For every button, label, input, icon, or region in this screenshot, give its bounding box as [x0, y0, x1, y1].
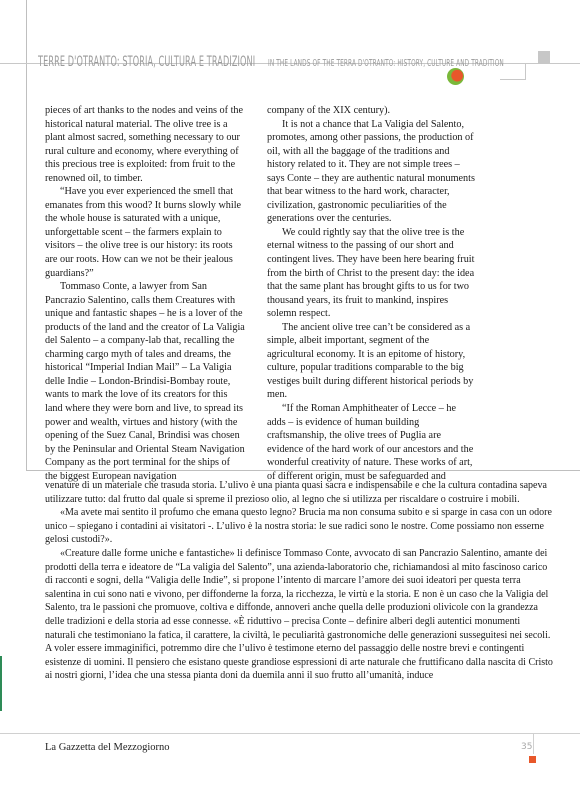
footer-rule: [0, 733, 580, 734]
paragraph: We could rightly say that the olive tree…: [267, 226, 477, 321]
italian-text-block: venature di un materiale che trasuda sto…: [45, 479, 553, 683]
english-column-1: pieces of art thanks to the nodes and ve…: [45, 104, 245, 483]
header-grey-block: [538, 51, 550, 64]
page-marker-line: [533, 734, 534, 754]
paragraph: The ancient olive tree can’t be consider…: [267, 321, 477, 402]
olive-globe-logo-icon: [447, 68, 464, 85]
publication-name: La Gazzetta del Mezzogiorno: [45, 742, 169, 753]
paragraph: «Ma avete mai sentito il profumo che ema…: [45, 506, 553, 547]
paragraph: “Have you ever experienced the smell tha…: [45, 185, 245, 280]
header-title-english: IN THE LANDS OF THE TERRA D'OTRANTO: HIS…: [268, 58, 504, 69]
paragraph: Tommaso Conte, a lawyer from San Pancraz…: [45, 280, 245, 483]
header-bracket-line: [500, 79, 526, 80]
paragraph: venature di un materiale che trasuda sto…: [45, 479, 553, 506]
paragraph: “If the Roman Amphitheater of Lecce – he…: [267, 402, 477, 483]
left-frame-line: [26, 0, 27, 470]
paragraph: «Creature dalle forme uniche e fantastic…: [45, 547, 553, 683]
header-bracket-line: [525, 64, 526, 79]
running-header: TERRE D'OTRANTO: STORIA, CULTURA E TRADI…: [38, 51, 580, 70]
paragraph: It is not a chance that La Valigia del S…: [267, 118, 477, 226]
green-edge-marker: [0, 656, 2, 711]
paragraph: company of the XIX century).: [267, 104, 477, 118]
english-column-2: company of the XIX century). It is not a…: [267, 104, 477, 483]
header-title-italian: TERRE D'OTRANTO: STORIA, CULTURA E TRADI…: [38, 54, 255, 70]
page-marker-square-icon: [529, 756, 536, 763]
paragraph: pieces of art thanks to the nodes and ve…: [45, 104, 245, 185]
page-number: 35: [521, 742, 532, 752]
english-box-border: [26, 470, 580, 471]
